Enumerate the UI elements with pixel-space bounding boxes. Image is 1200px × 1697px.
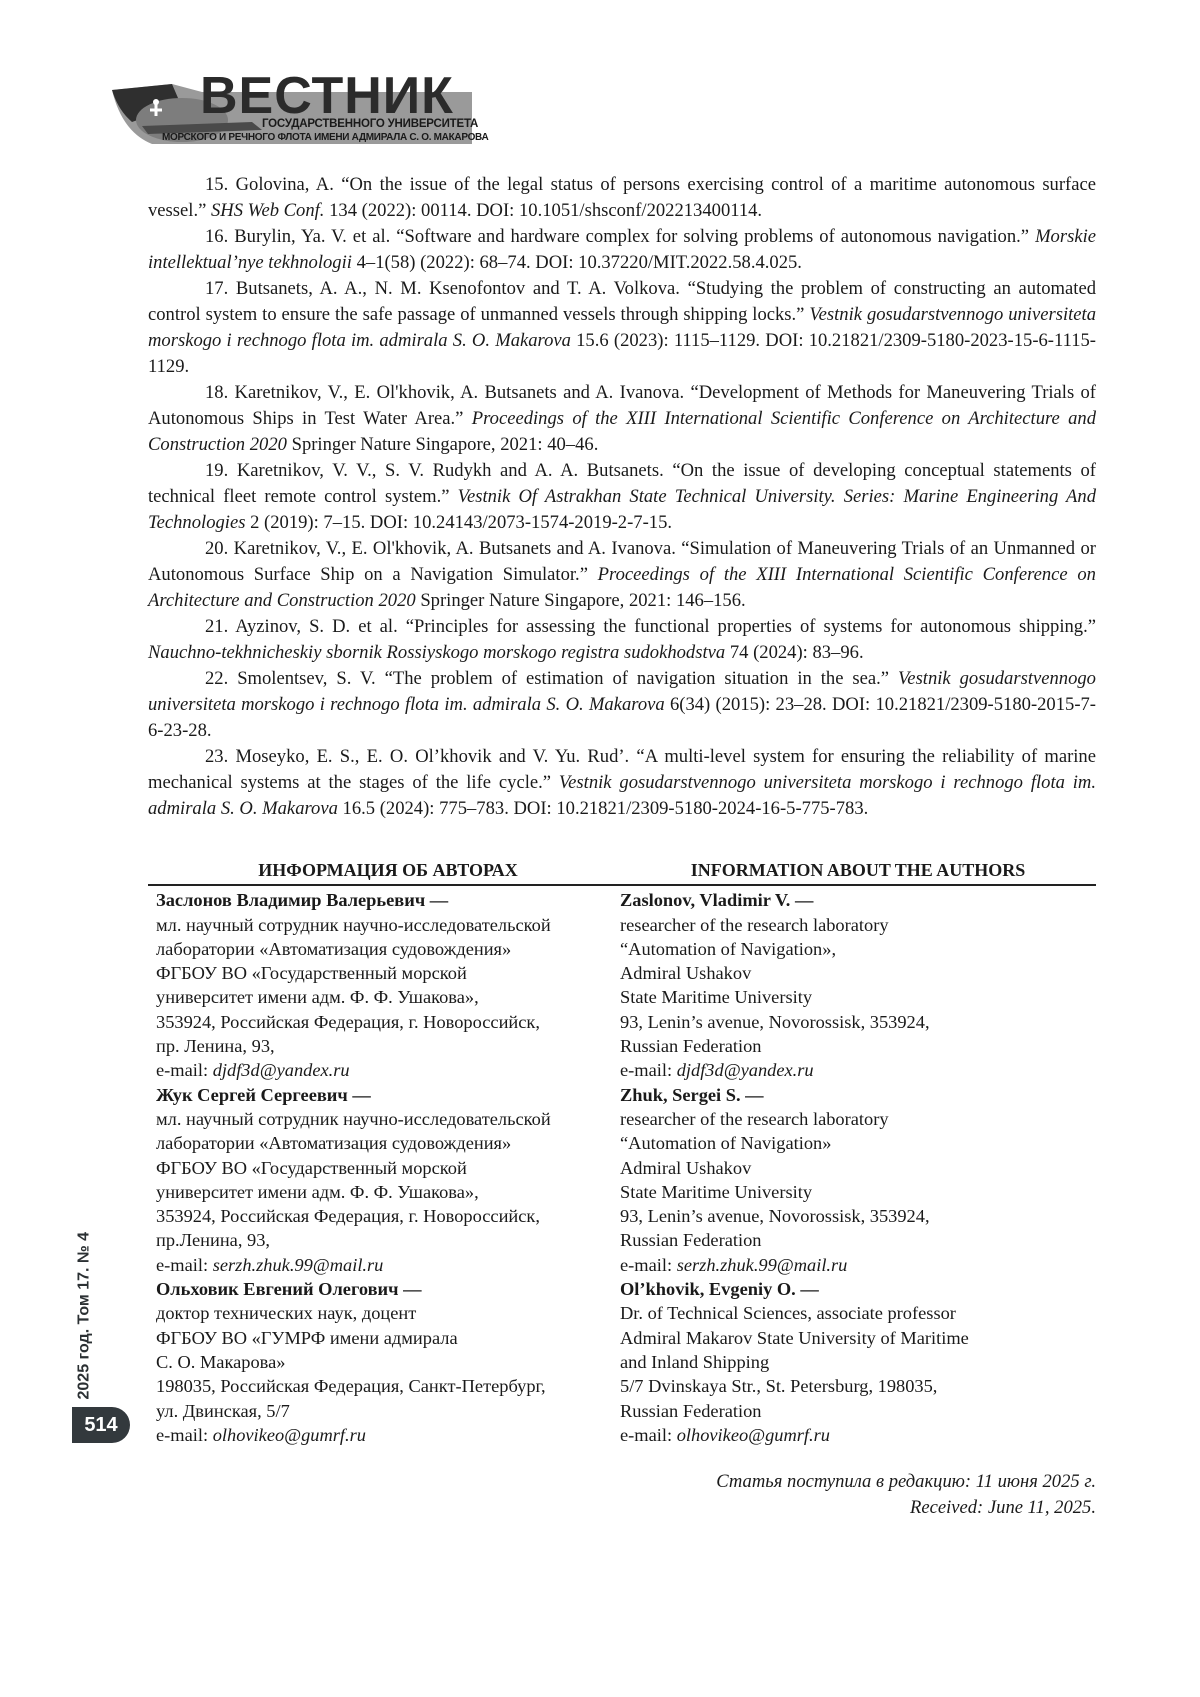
page-number: 514: [72, 1407, 130, 1443]
reference-item: 16. Burylin, Ya. V. et al. “Software and…: [148, 224, 1096, 276]
reference-details: 74 (2024): 83–96.: [725, 642, 863, 663]
author-email: e-mail: djdf3d@yandex.ru: [156, 1058, 620, 1082]
author-detail: Dr. of Technical Sciences, associate pro…: [620, 1301, 1096, 1325]
received-ru: Статья поступила в редакцию: 11 июня 202…: [716, 1469, 1096, 1495]
reference-item: 15. Golovina, A. “On the issue of the le…: [148, 172, 1096, 224]
author-detail: ФГБОУ ВО «Государственный морской: [156, 961, 620, 985]
author-detail: 93, Lenin’s avenue, Novorossisk, 353924,: [620, 1204, 1096, 1228]
author-name: Zhuk, Sergei S. —: [620, 1083, 1096, 1107]
journal-title: ВЕСТНИК: [200, 70, 454, 122]
author-detail: 353924, Российская Федерация, г. Новорос…: [156, 1204, 620, 1228]
reference-details: 4–1(58) (2022): 68–74. DOI: 10.37220/MIT…: [352, 252, 802, 273]
author-detail: State Maritime University: [620, 985, 1096, 1009]
author-detail: State Maritime University: [620, 1180, 1096, 1204]
author-email: e-mail: serzh.zhuk.99@mail.ru: [620, 1253, 1096, 1277]
authors-column-en: Zaslonov, Vladimir V. —researcher of the…: [620, 886, 1096, 1447]
authors-column-ru: Заслонов Владимир Валерьевич —мл. научны…: [148, 886, 620, 1447]
reference-item: 17. Butsanets, A. A., N. M. Ksenofontov …: [148, 276, 1096, 380]
reference-text: Smolentsev, S. V. “The problem of estima…: [228, 668, 898, 689]
author-detail: 353924, Российская Федерация, г. Новорос…: [156, 1010, 620, 1034]
reference-text: Burylin, Ya. V. et al. “Software and har…: [228, 226, 1035, 247]
reference-item: 21. Ayzinov, S. D. et al. “Principles fo…: [148, 614, 1096, 666]
reference-number: 17.: [205, 278, 228, 299]
author-detail: лаборатории «Автоматизация судовождения»: [156, 937, 620, 961]
author-email: e-mail: serzh.zhuk.99@mail.ru: [156, 1253, 620, 1277]
reference-item: 20. Karetnikov, V., E. Ol'khovik, A. But…: [148, 536, 1096, 614]
reference-number: 15.: [205, 174, 228, 195]
issue-stamp: 2025 год. Том 17. № 4: [72, 1236, 96, 1401]
author-name: Zaslonov, Vladimir V. —: [620, 888, 1096, 912]
author-detail: ФГБОУ ВО «Государственный морской: [156, 1156, 620, 1180]
reference-number: 23.: [205, 746, 228, 767]
reference-number: 19.: [205, 460, 228, 481]
author-block: Zhuk, Sergei S. —researcher of the resea…: [620, 1083, 1096, 1277]
author-name: Ol’khovik, Evgeniy O. —: [620, 1277, 1096, 1301]
email-link[interactable]: serzh.zhuk.99@mail.ru: [677, 1255, 848, 1275]
reference-item: 23. Moseyko, E. S., E. O. Ol’khovik and …: [148, 744, 1096, 822]
author-detail: Russian Federation: [620, 1034, 1096, 1058]
email-link[interactable]: djdf3d@yandex.ru: [213, 1060, 350, 1080]
author-detail: университет имени адм. Ф. Ф. Ушакова»,: [156, 1180, 620, 1204]
author-detail: ФГБОУ ВО «ГУМРФ имени адмирала: [156, 1326, 620, 1350]
author-block: Заслонов Владимир Валерьевич —мл. научны…: [156, 888, 620, 1082]
author-detail: and Inland Shipping: [620, 1350, 1096, 1374]
author-detail: researcher of the research laboratory: [620, 1107, 1096, 1131]
author-detail: Admiral Makarov State University of Mari…: [620, 1326, 1096, 1350]
author-block: Zaslonov, Vladimir V. —researcher of the…: [620, 888, 1096, 1082]
reference-number: 20.: [205, 538, 228, 559]
journal-logo: ВЕСТНИК ГОСУДАРСТВЕННОГО УНИВЕРСИТЕТА МО…: [112, 76, 472, 150]
email-link[interactable]: olhovikeo@gumrf.ru: [213, 1425, 366, 1445]
author-name: Жук Сергей Сергеевич —: [156, 1083, 620, 1107]
author-name: Ольховик Евгений Олегович —: [156, 1277, 620, 1301]
heading-en: INFORMATION ABOUT THE AUTHORS: [620, 858, 1096, 882]
author-detail: Admiral Ushakov: [620, 961, 1096, 985]
author-detail: С. О. Макарова»: [156, 1350, 620, 1374]
received-en: Received: June 11, 2025.: [716, 1495, 1096, 1521]
email-link[interactable]: olhovikeo@gumrf.ru: [677, 1425, 830, 1445]
reference-number: 21.: [205, 616, 228, 637]
author-detail: 198035, Российская Федерация, Санкт-Пете…: [156, 1374, 620, 1398]
author-name: Заслонов Владимир Валерьевич —: [156, 888, 620, 912]
author-block: Ольховик Евгений Олегович —доктор технич…: [156, 1277, 620, 1447]
journal-subtitle-1: ГОСУДАРСТВЕННОГО УНИВЕРСИТЕТА: [262, 118, 478, 130]
reference-details: 134 (2022): 00114. DOI: 10.1051/shsconf/…: [324, 200, 762, 221]
reference-source: SHS Web Conf.: [211, 200, 324, 221]
author-detail: Russian Federation: [620, 1399, 1096, 1423]
author-detail: “Automation of Navigation»,: [620, 937, 1096, 961]
reference-item: 18. Karetnikov, V., E. Ol'khovik, A. But…: [148, 380, 1096, 458]
author-block: Ol’khovik, Evgeniy O. —Dr. of Technical …: [620, 1277, 1096, 1447]
issue-info: 2025 год. Том 17. № 4: [76, 1235, 94, 1400]
author-detail: 5/7 Dvinskaya Str., St. Petersburg, 1980…: [620, 1374, 1096, 1398]
author-email: e-mail: djdf3d@yandex.ru: [620, 1058, 1096, 1082]
reference-number: 22.: [205, 668, 228, 689]
author-detail: ул. Двинская, 5/7: [156, 1399, 620, 1423]
reference-number: 18.: [205, 382, 228, 403]
author-email: e-mail: olhovikeo@gumrf.ru: [620, 1423, 1096, 1447]
reference-source: Nauchno-tekhnicheskiy sbornik Rossiyskog…: [148, 642, 725, 663]
author-detail: лаборатории «Автоматизация судовождения»: [156, 1131, 620, 1155]
journal-subtitle-2: МОРСКОГО И РЕЧНОГО ФЛОТА ИМЕНИ АДМИРАЛА …: [162, 132, 488, 143]
received-dates: Статья поступила в редакцию: 11 июня 202…: [716, 1469, 1096, 1521]
author-block: Жук Сергей Сергеевич —мл. научный сотруд…: [156, 1083, 620, 1277]
author-detail: мл. научный сотрудник научно-исследовате…: [156, 1107, 620, 1131]
email-link[interactable]: serzh.zhuk.99@mail.ru: [213, 1255, 384, 1275]
email-link[interactable]: djdf3d@yandex.ru: [677, 1060, 814, 1080]
author-detail: 93, Lenin’s avenue, Novorossisk, 353924,: [620, 1010, 1096, 1034]
author-detail: Russian Federation: [620, 1228, 1096, 1252]
reference-text: Ayzinov, S. D. et al. “Principles for as…: [228, 616, 1096, 637]
reference-details: 16.5 (2024): 775–783. DOI: 10.21821/2309…: [338, 798, 868, 819]
author-detail: researcher of the research laboratory: [620, 913, 1096, 937]
reference-details: 2 (2019): 7–15. DOI: 10.24143/2073-1574-…: [245, 512, 672, 533]
author-detail: Admiral Ushakov: [620, 1156, 1096, 1180]
author-detail: пр. Ленина, 93,: [156, 1034, 620, 1058]
authors-headings: ИНФОРМАЦИЯ ОБ АВТОРАХ INFORMATION ABOUT …: [148, 858, 1096, 886]
reference-details: Springer Nature Singapore, 2021: 146–156…: [416, 590, 746, 611]
reference-item: 22. Smolentsev, S. V. “The problem of es…: [148, 666, 1096, 744]
heading-ru: ИНФОРМАЦИЯ ОБ АВТОРАХ: [148, 858, 620, 882]
reference-list: 15. Golovina, A. “On the issue of the le…: [148, 172, 1096, 822]
author-detail: университет имени адм. Ф. Ф. Ушакова»,: [156, 985, 620, 1009]
author-detail: “Automation of Navigation»: [620, 1131, 1096, 1155]
reference-details: Springer Nature Singapore, 2021: 40–46.: [287, 434, 598, 455]
author-email: e-mail: olhovikeo@gumrf.ru: [156, 1423, 620, 1447]
author-detail: пр.Ленина, 93,: [156, 1228, 620, 1252]
author-detail: доктор технических наук, доцент: [156, 1301, 620, 1325]
reference-number: 16.: [205, 226, 228, 247]
author-detail: мл. научный сотрудник научно-исследовате…: [156, 913, 620, 937]
authors-info: ИНФОРМАЦИЯ ОБ АВТОРАХ INFORMATION ABOUT …: [148, 858, 1096, 1447]
reference-item: 19. Karetnikov, V. V., S. V. Rudykh and …: [148, 458, 1096, 536]
